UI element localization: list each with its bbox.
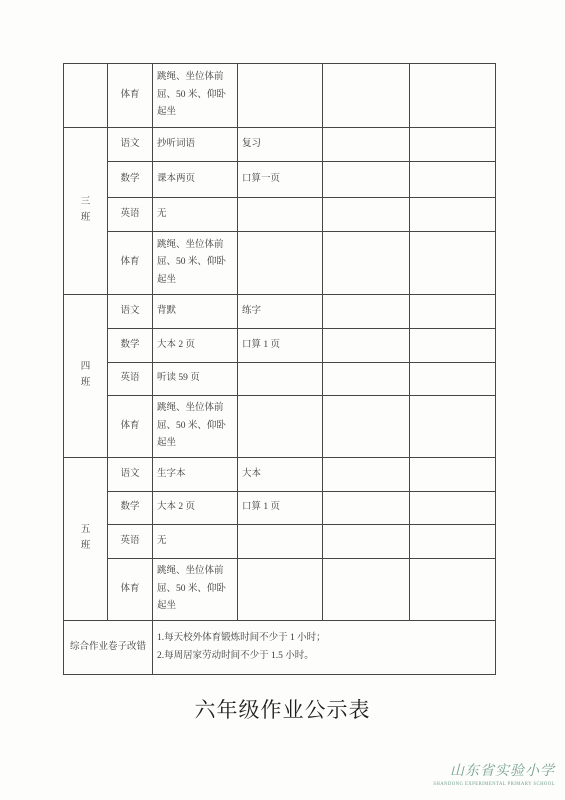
table-row: 四班 语文 背默 练字 <box>64 295 496 329</box>
empty-cell <box>410 329 496 363</box>
homework-cell: 跳绳、坐位体前屈、50 米、仰卧起坐 <box>153 559 238 621</box>
empty-cell <box>410 396 496 458</box>
table-row: 体育 跳绳、坐位体前屈、50 米、仰卧起坐 <box>64 64 496 128</box>
subject-cell: 英语 <box>108 363 153 396</box>
homework-cell: 大本 2 页 <box>153 492 238 525</box>
subject-cell: 英语 <box>108 198 153 232</box>
empty-cell <box>410 64 496 128</box>
note-line: 2.每周居家劳动时间不少于 1.5 小时。 <box>157 648 491 666</box>
empty-cell <box>323 232 410 295</box>
empty-cell <box>323 198 410 232</box>
subject-cell: 体育 <box>108 232 153 295</box>
subject-cell: 数学 <box>108 162 153 198</box>
table-row: 数学 大本 2 页 口算 1 页 <box>64 329 496 363</box>
homework-cell <box>238 525 323 559</box>
table-row: 英语 无 <box>64 198 496 232</box>
class-label: 四班 <box>81 359 91 391</box>
homework-cell <box>238 559 323 621</box>
empty-cell <box>410 492 496 525</box>
subject-cell: 英语 <box>108 525 153 559</box>
empty-cell <box>410 128 496 162</box>
homework-cell: 复习 <box>238 128 323 162</box>
class-cell: 五班 <box>64 458 108 621</box>
class-cell: 四班 <box>64 295 108 458</box>
empty-cell <box>410 363 496 396</box>
homework-cell: 课本两页 <box>153 162 238 198</box>
homework-cell <box>238 198 323 232</box>
empty-cell <box>323 329 410 363</box>
empty-cell <box>410 295 496 329</box>
homework-cell: 跳绳、坐位体前屈、50 米、仰卧起坐 <box>153 396 238 458</box>
homework-cell: 生字本 <box>153 458 238 492</box>
empty-cell <box>410 232 496 295</box>
empty-cell <box>410 525 496 559</box>
empty-cell <box>323 396 410 458</box>
homework-cell: 大本 <box>238 458 323 492</box>
page-title: 六年级作业公示表 <box>0 694 565 724</box>
notes-cell: 1.每天校外体育锻炼时间不少于 1 小时； 2.每周居家劳动时间不少于 1.5 … <box>153 621 496 675</box>
subject-cell: 语文 <box>108 458 153 492</box>
table-row: 综合作业卷子改错 1.每天校外体育锻炼时间不少于 1 小时； 2.每周居家劳动时… <box>64 621 496 675</box>
empty-cell <box>323 559 410 621</box>
homework-cell: 口算 1 页 <box>238 329 323 363</box>
watermark-english-text: SHANDONG EXPERIMENTAL PRIMARY SCHOOL <box>433 782 555 788</box>
empty-cell <box>323 295 410 329</box>
subject-cell: 体育 <box>108 559 153 621</box>
homework-cell: 口算 1 页 <box>238 492 323 525</box>
table-row: 英语 无 <box>64 525 496 559</box>
empty-cell <box>410 458 496 492</box>
table-row: 体育 跳绳、坐位体前屈、50 米、仰卧起坐 <box>64 232 496 295</box>
empty-cell <box>323 525 410 559</box>
empty-cell <box>323 363 410 396</box>
table-row: 体育 跳绳、坐位体前屈、50 米、仰卧起坐 <box>64 559 496 621</box>
table-row: 体育 跳绳、坐位体前屈、50 米、仰卧起坐 <box>64 396 496 458</box>
empty-cell <box>323 162 410 198</box>
subject-cell: 数学 <box>108 329 153 363</box>
table-row: 五班 语文 生字本 大本 <box>64 458 496 492</box>
subject-cell: 体育 <box>108 64 153 128</box>
subject-cell: 语文 <box>108 128 153 162</box>
table-row: 三班 语文 抄听词语 复习 <box>64 128 496 162</box>
note-line: 1.每天校外体育锻炼时间不少于 1 小时； <box>157 630 491 648</box>
empty-cell <box>410 198 496 232</box>
homework-table: 体育 跳绳、坐位体前屈、50 米、仰卧起坐 三班 语文 抄听词语 复习 数学 课… <box>63 63 496 675</box>
subject-cell: 体育 <box>108 396 153 458</box>
homework-cell: 无 <box>153 525 238 559</box>
homework-cell: 抄听词语 <box>153 128 238 162</box>
homework-cell: 听读 59 页 <box>153 363 238 396</box>
class-label: 五班 <box>81 522 91 554</box>
homework-cell <box>238 232 323 295</box>
class-cell: 三班 <box>64 128 108 295</box>
subject-cell: 语文 <box>108 295 153 329</box>
subject-cell: 数学 <box>108 492 153 525</box>
document-page: 体育 跳绳、坐位体前屈、50 米、仰卧起坐 三班 语文 抄听词语 复习 数学 课… <box>0 0 565 800</box>
table-row: 英语 听读 59 页 <box>64 363 496 396</box>
empty-cell <box>323 64 410 128</box>
table-row: 数学 课本两页 口算一页 <box>64 162 496 198</box>
homework-cell <box>238 363 323 396</box>
homework-cell: 背默 <box>153 295 238 329</box>
class-cell-empty <box>64 64 108 128</box>
homework-cell: 练字 <box>238 295 323 329</box>
homework-cell: 跳绳、坐位体前屈、50 米、仰卧起坐 <box>153 232 238 295</box>
homework-cell <box>238 396 323 458</box>
homework-cell: 跳绳、坐位体前屈、50 米、仰卧起坐 <box>153 64 238 128</box>
watermark-chinese-text: 山东省实验小学 <box>433 764 555 781</box>
class-label: 三班 <box>81 194 91 226</box>
empty-cell <box>323 492 410 525</box>
homework-cell: 口算一页 <box>238 162 323 198</box>
empty-cell <box>323 458 410 492</box>
homework-cell: 无 <box>153 198 238 232</box>
table-row: 数学 大本 2 页 口算 1 页 <box>64 492 496 525</box>
school-watermark: 山东省实验小学 SHANDONG EXPERIMENTAL PRIMARY SC… <box>433 764 555 788</box>
empty-cell <box>410 559 496 621</box>
homework-cell <box>238 64 323 128</box>
empty-cell <box>323 128 410 162</box>
empty-cell <box>410 162 496 198</box>
footer-label-cell: 综合作业卷子改错 <box>64 621 153 675</box>
homework-cell: 大本 2 页 <box>153 329 238 363</box>
